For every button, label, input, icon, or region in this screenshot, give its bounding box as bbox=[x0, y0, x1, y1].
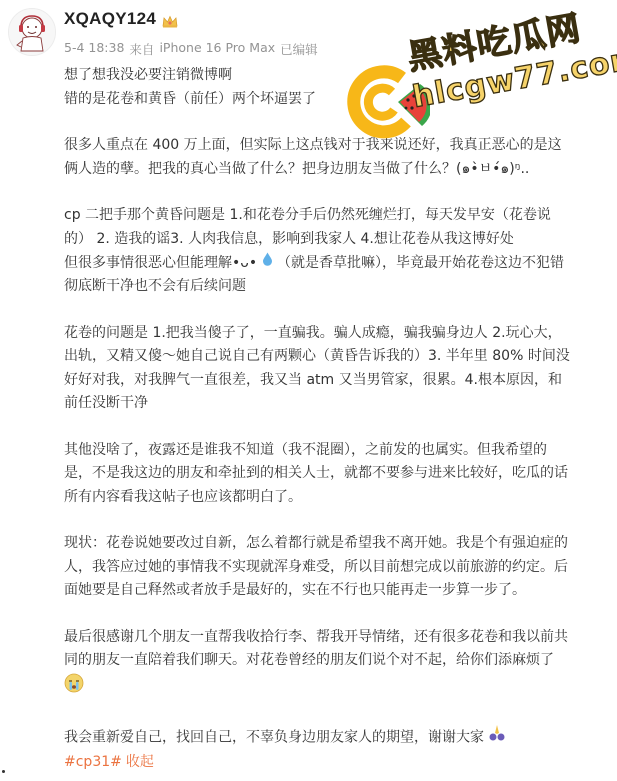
author-row: XQAQY124 bbox=[64, 9, 178, 29]
avatar-cartoon-icon bbox=[9, 9, 55, 55]
text-line: 好好对我，对我脾气一直很差，我又当 atm 又当男管家，很累。4.根本原因，和 bbox=[64, 369, 609, 393]
avatar[interactable] bbox=[8, 8, 56, 56]
text-line: 同的朋友一直陪着我们聊天。对花卷曾经的朋友们说个对不起，给你们添麻烦了 bbox=[64, 649, 609, 673]
post-meta: 5-4 18:38 来自 iPhone 16 Pro Max 已编辑 bbox=[64, 40, 318, 58]
edited-label[interactable]: 已编辑 bbox=[280, 40, 318, 58]
text-line: 最后很感谢几个朋友一直帮我收拾行李、帮我开导情绪，还有很多花卷和我以前共 bbox=[64, 626, 609, 650]
paragraph-6: 现状：花卷说她要改过自新，怎么着都行就是希望我不离开她。我是个有强迫症的 人，我… bbox=[64, 532, 609, 603]
text-line: 花卷的问题是 1.把我当傻子了，一直骗我。骗人成瘾，骗我骗身边人 2.玩心大， bbox=[64, 322, 609, 346]
paragraph-8: 我会重新爱自己，找回自己，不辜负身边朋友家人的期望，谢谢大家 bbox=[64, 724, 609, 751]
text-line: 前任没断干净 bbox=[64, 392, 609, 416]
paragraph-5: 其他没啥了，夜露还是谁我不知道（我不混圈），之前发的也属实。但我希望的 是，不是… bbox=[64, 439, 609, 510]
text-line: 想了想我没必要注销微博啊 bbox=[64, 64, 609, 88]
text-line: 错的是花卷和黄昏（前任）两个坏逼罢了 bbox=[64, 88, 609, 112]
text-line: cp 二把手那个黄昏问题是 1.和花卷分手后仍然死缠烂打，每天发早安（花卷说 bbox=[64, 204, 609, 228]
text-line bbox=[64, 673, 609, 702]
text-segment: 我会重新爱自己，找回自己，不辜负身边朋友家人的期望，谢谢大家 bbox=[64, 730, 484, 746]
edge-dot bbox=[2, 770, 5, 773]
text-segment: 但很多事情很恶心但能理解•ᴗ• bbox=[64, 255, 257, 271]
text-line: 其他没啥了，夜露还是谁我不知道（我不混圈），之前发的也属实。但我希望的 bbox=[64, 439, 609, 463]
text-line: 的） 2. 造我的谣3. 人肉我信息，影响到我家人 4.想让花卷从我这博好处 bbox=[64, 228, 609, 252]
text-line: 彻底断干净也不会有后续问题 bbox=[64, 275, 609, 299]
text-line: 出轨，又精又傻～她自己说自己有两颗心（黄昏告诉我的）3. 半年里 80% 时间没 bbox=[64, 345, 609, 369]
text-line: 我会重新爱自己，找回自己，不辜负身边朋友家人的期望，谢谢大家 bbox=[64, 724, 609, 751]
device-name: iPhone 16 Pro Max bbox=[159, 40, 275, 58]
paragraph-7: 最后很感谢几个朋友一直帮我收拾行李、帮我开导情绪，还有很多花卷和我以前共 同的朋… bbox=[64, 626, 609, 702]
crown-badge-icon[interactable] bbox=[162, 13, 178, 26]
hashtag-link[interactable]: #cp31# bbox=[64, 751, 122, 775]
text-line: 现状：花卷说她要改过自新，怎么着都行就是希望我不离开她。我是个有强迫症的 bbox=[64, 532, 609, 556]
crying-face-emoji-icon bbox=[64, 673, 84, 702]
droplet-emoji-icon bbox=[262, 251, 273, 275]
text-line: 所有内容看我这帖子也应该都明白了。 bbox=[64, 486, 609, 510]
text-line: 俩人造的孽。把我的真心当做了什么？把身边朋友当做了什么？(๑•̀ㅂ•́๑)ᵑ.. bbox=[64, 158, 609, 182]
post-time[interactable]: 5-4 18:38 bbox=[64, 40, 124, 58]
text-line: 是，不是我这边的朋友和牵扯到的相关人士，就都不要参与进来比较好，吃瓜的话 bbox=[64, 462, 609, 486]
paragraph-4: 花卷的问题是 1.把我当傻子了，一直骗我。骗人成瘾，骗我骗身边人 2.玩心大， … bbox=[64, 322, 609, 416]
post-content: 想了想我没必要注销微博啊 错的是花卷和黄昏（前任）两个坏逼罢了 很多人重点在 4… bbox=[64, 64, 609, 774]
text-line: 但很多事情很恶心但能理解•ᴗ• （就是香草批嘛），毕竟最开始花卷这边不犯错 bbox=[64, 251, 609, 275]
paragraph-3: cp 二把手那个黄昏问题是 1.和花卷分手后仍然死缠烂打，每天发早安（花卷说 的… bbox=[64, 204, 609, 299]
collapse-button[interactable]: 收起 bbox=[126, 751, 154, 775]
source-prefix: 来自 bbox=[129, 40, 154, 58]
paragraph-1: 想了想我没必要注销微博啊 错的是花卷和黄昏（前任）两个坏逼罢了 bbox=[64, 64, 609, 111]
text-line: 面她要是自己释然或者放手是最好的，实在不行也只能再走一步算一步了。 bbox=[64, 579, 609, 603]
text-line: 人，我答应过她的事情我不实现就浑身难受，所以目前想完成以前旅游的约定。后 bbox=[64, 556, 609, 580]
post-footer-links: #cp31# 收起 bbox=[64, 751, 609, 775]
username[interactable]: XQAQY124 bbox=[64, 9, 156, 29]
text-segment: （就是香草批嘛），毕竟最开始花卷这边不犯错 bbox=[277, 255, 564, 271]
paragraph-2: 很多人重点在 400 万上面，但实际上这点钱对于我来说还好，我真正恶心的是这 俩… bbox=[64, 134, 609, 181]
praying-hands-emoji-icon bbox=[488, 724, 506, 751]
text-line: 很多人重点在 400 万上面，但实际上这点钱对于我来说还好，我真正恶心的是这 bbox=[64, 134, 609, 158]
